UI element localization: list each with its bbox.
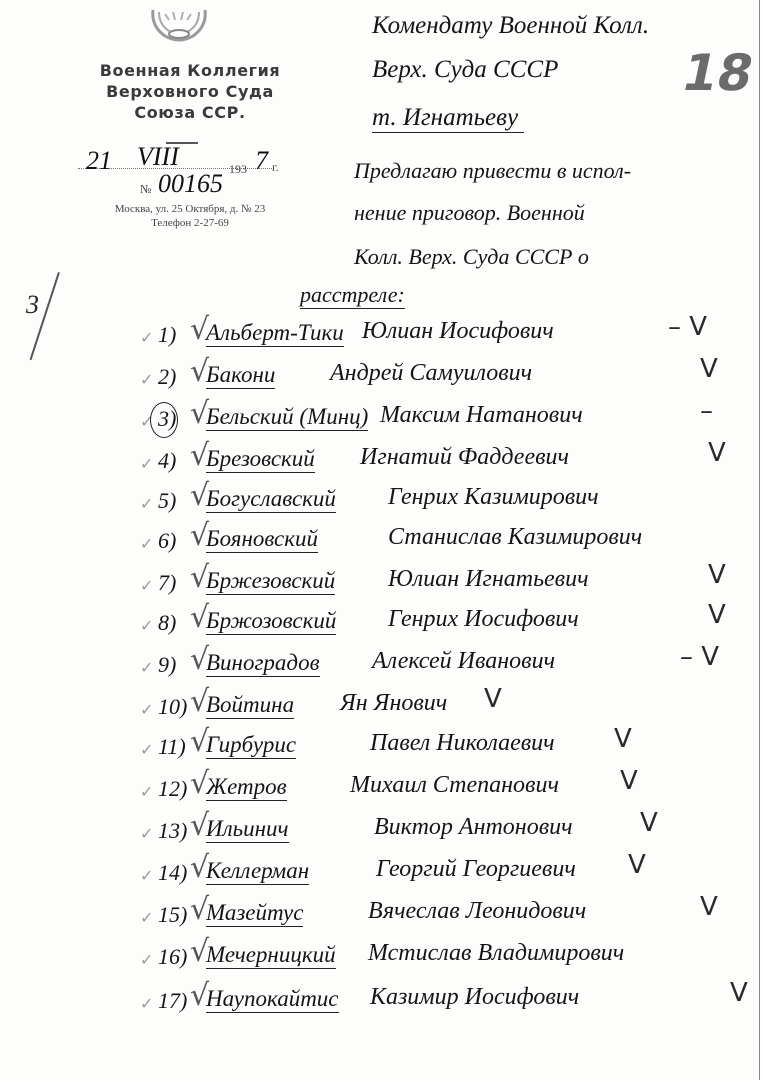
end-check-icon: V	[484, 684, 502, 714]
item-number: 1)	[158, 322, 176, 348]
letterhead-line-3: Союза ССР.	[60, 102, 320, 123]
letterhead-address: Москва, ул. 25 Октября, д. № 23 Телефон …	[70, 202, 310, 230]
surname: Гирбурис	[206, 732, 296, 759]
surname: Бельский (Минц)	[206, 404, 368, 431]
margin-check-icon: ✓	[140, 700, 153, 719]
list-item: ✓12)√ЖетровМихаил СтепановичV	[0, 772, 763, 812]
addressee-line-2: Верх. Суда СССР	[372, 56, 558, 84]
end-check-icon: V	[640, 808, 658, 838]
list-item: ✓8)√БржозовскийГенрих ИосифовичV	[0, 606, 763, 646]
given-name: Виктор Антонович	[374, 814, 573, 841]
list-item: ✓4)√БрезовскийИгнатий ФаддеевичV	[0, 444, 763, 484]
date-year-unit: г.	[272, 160, 279, 175]
given-name: Мстислав Владимирович	[368, 940, 624, 967]
list-item: ✓17)√НаупокайтисКазимир ИосифовичV	[0, 984, 763, 1024]
margin-check-icon: ✓	[140, 616, 153, 635]
margin-note: 3	[26, 290, 39, 320]
given-name: Игнатий Фаддеевич	[360, 444, 569, 471]
item-number: 17)	[158, 988, 187, 1014]
end-check-icon: –	[700, 396, 713, 426]
item-number: 9)	[158, 652, 176, 678]
archive-page-mark: 18	[677, 44, 759, 102]
address-line: Москва, ул. 25 Октября, д. № 23	[70, 202, 310, 216]
surname: Наупокайтис	[206, 986, 339, 1013]
surname: Бржезовский	[206, 568, 335, 595]
list-item: ✓11)√ГирбурисПавел НиколаевичV	[0, 730, 763, 770]
margin-check-icon: ✓	[140, 576, 153, 595]
margin-check-icon: ✓	[140, 950, 153, 969]
surname: Келлерман	[206, 858, 309, 885]
item-number: 16)	[158, 944, 187, 970]
given-name: Генрих Иосифович	[388, 606, 579, 633]
given-name: Казимир Иосифович	[370, 984, 579, 1011]
body-line-1: Предлагаю привести в испол-	[354, 158, 631, 184]
list-item: ✓9)√ВиноградовАлексей Иванович– V	[0, 648, 763, 688]
item-number: 8)	[158, 610, 176, 636]
item-number: 6)	[158, 528, 176, 554]
item-number: 3)	[158, 406, 176, 432]
end-check-icon: V	[700, 892, 718, 922]
list-item: ✓2)√БакониАндрей СамуиловичV	[0, 360, 763, 400]
item-number: 10)	[158, 694, 187, 720]
end-check-icon: V	[628, 850, 646, 880]
body-line-3: Колл. Верх. Суда СССР о	[354, 244, 589, 270]
end-check-icon: V	[730, 978, 748, 1008]
surname: Альберт-Тики	[206, 320, 344, 347]
given-name: Юлиан Игнатьевич	[388, 566, 589, 593]
letterhead-line-2: Верховного Суда	[60, 81, 320, 102]
given-name: Михаил Степанович	[350, 772, 559, 799]
letterhead-title: Военная Коллегия Верховного Суда Союза С…	[60, 60, 320, 123]
surname: Брезовский	[206, 446, 315, 473]
surname: Войтина	[206, 692, 294, 719]
list-item: ✓6)√БояновскийСтанислав Казимирович	[0, 524, 763, 564]
list-item: ✓3)√Бельский (Минц)Максим Натанович–	[0, 402, 763, 442]
phone-line: Телефон 2-27-69	[70, 216, 310, 230]
item-number: 15)	[158, 902, 187, 928]
addressee-line-3: т. Игнатьеву	[372, 104, 524, 133]
item-number: 14)	[158, 860, 187, 886]
given-name: Ян Янович	[340, 690, 447, 717]
surname: Бржозовский	[206, 608, 336, 635]
list-item: ✓7)√БржезовскийЮлиан ИгнатьевичV	[0, 566, 763, 606]
given-name: Максим Натанович	[380, 402, 583, 429]
surname: Виноградов	[206, 650, 320, 677]
end-check-icon: V	[708, 600, 726, 630]
letterhead-line-1: Военная Коллегия	[60, 60, 320, 81]
given-name: Юлиан Иосифович	[362, 318, 554, 345]
given-name: Георгий Георгиевич	[376, 856, 576, 883]
margin-check-icon: ✓	[140, 534, 153, 553]
margin-check-icon: ✓	[140, 328, 153, 347]
margin-check-icon: ✓	[140, 454, 153, 473]
surname: Ильинич	[206, 816, 289, 843]
surname: Мазейтус	[206, 900, 303, 927]
number-label: №	[140, 182, 151, 197]
given-name: Генрих Казимирович	[388, 484, 599, 511]
list-item: ✓15)√МазейтусВячеслав ЛеонидовичV	[0, 898, 763, 938]
body-line-4: расстреле:	[300, 282, 405, 309]
margin-check-icon: ✓	[140, 658, 153, 677]
margin-check-icon: ✓	[140, 740, 153, 759]
date-year-suffix: 7	[255, 146, 268, 176]
date-year-prefix: 193	[229, 162, 247, 177]
state-emblem-icon	[147, 6, 211, 44]
margin-check-icon: ✓	[140, 866, 153, 885]
list-item: ✓13)√ИльиничВиктор АнтоновичV	[0, 814, 763, 854]
item-number: 4)	[158, 448, 176, 474]
item-number: 7)	[158, 570, 176, 596]
given-name: Андрей Самуилович	[330, 360, 532, 387]
document-number: 00165	[158, 169, 223, 199]
given-name: Станислав Казимирович	[388, 524, 642, 551]
end-check-icon: V	[614, 724, 632, 754]
margin-check-icon: ✓	[140, 824, 153, 843]
margin-check-icon: ✓	[140, 908, 153, 927]
given-name: Павел Николаевич	[370, 730, 555, 757]
list-item: ✓14)√КеллерманГеоргий ГеоргиевичV	[0, 856, 763, 896]
item-number: 12)	[158, 776, 187, 802]
item-number: 13)	[158, 818, 187, 844]
surname: Бакони	[206, 362, 275, 389]
given-name: Алексей Иванович	[372, 648, 555, 675]
item-number: 11)	[158, 734, 186, 760]
margin-check-icon: ✓	[140, 370, 153, 389]
surname: Мечерницкий	[206, 942, 336, 969]
item-number: 5)	[158, 488, 176, 514]
list-item: ✓16)√МечерницкийМстислав Владимирович	[0, 940, 763, 980]
addressee-line-1: Комендату Военной Колл.	[372, 12, 649, 40]
end-check-icon: V	[708, 438, 726, 468]
surname: Жетров	[206, 774, 287, 801]
surname: Богуславский	[206, 486, 336, 513]
list-item: ✓10)√ВойтинаЯн ЯновичV	[0, 690, 763, 730]
item-number: 2)	[158, 364, 176, 390]
date-month: VIII	[137, 142, 179, 172]
margin-check-icon: ✓	[140, 782, 153, 801]
list-item: ✓5)√БогуславскийГенрих Казимирович	[0, 484, 763, 524]
margin-check-icon: ✓	[140, 994, 153, 1013]
body-line-2: нение приговор. Военной	[354, 200, 585, 226]
end-check-icon: V	[620, 766, 638, 796]
margin-check-icon: ✓	[140, 494, 153, 513]
surname: Бояновский	[206, 526, 318, 553]
end-check-icon: – V	[680, 642, 719, 672]
end-check-icon: V	[700, 354, 718, 384]
end-check-icon: – V	[668, 312, 707, 342]
date-day: 21	[86, 146, 112, 176]
document-page: Военная Коллегия Верховного Суда Союза С…	[0, 0, 763, 1080]
end-check-icon: V	[708, 560, 726, 590]
list-item: ✓1)√Альберт-ТикиЮлиан Иосифович– V	[0, 318, 763, 358]
given-name: Вячеслав Леонидович	[368, 898, 586, 925]
